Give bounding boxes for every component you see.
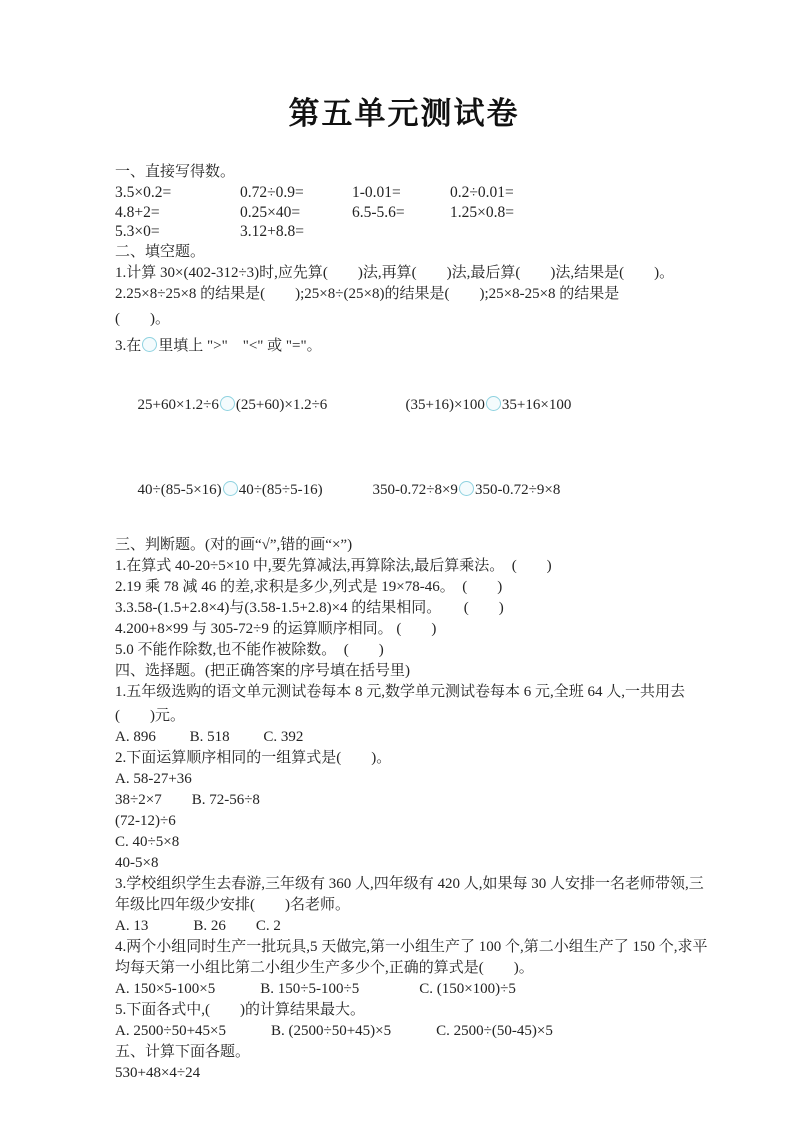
choice-q1-options: A. 896 B. 518 C. 392 [115, 727, 693, 748]
fill-blank-q1: 1.计算 30×(402-312÷3)时,应先算( )法,再算( )法,最后算(… [115, 263, 693, 284]
calc-problem: 0.72÷0.9= [240, 183, 352, 203]
compare-circle [223, 481, 238, 496]
choice-q2: 2.下面运算顺序相同的一组算式是( )。 [115, 748, 693, 769]
choice-q1-line2: ( )元。 [115, 706, 693, 727]
calc-problem: 5.3×0= [115, 222, 240, 242]
choice-q2-option-line: (72-12)÷6 [115, 811, 693, 832]
calc-problem: 3.12+8.8= [240, 222, 352, 242]
section-3-heading: 三、判断题。(对的画“√”,错的画“×”) [115, 535, 693, 556]
choice-q5-options: A. 2500÷50+45×5 B. (2500÷50+45)×5 C. 250… [115, 1021, 693, 1042]
judge-item: 4.200+8×99 与 305-72÷9 的运算顺序相同。 ( ) [115, 619, 693, 640]
compare-row: 25+60×1.2÷6(25+60)×1.2÷6(35+16)×10035+16… [115, 374, 693, 437]
fill-blank-q2-line2: ( )。 [115, 309, 693, 330]
fill-blank-q2-line1: 2.25×8÷25×8 的结果是( );25×8÷(25×8)的结果是( );2… [115, 284, 693, 305]
calc-expression: 530+48×4÷24 [115, 1063, 693, 1084]
fill-blank-q3: 3.在里填上 ">" "<" 或 "="。 [115, 336, 693, 357]
compare-left-expression: 25+60×1.2÷6 [138, 397, 219, 413]
compare-circle [459, 481, 474, 496]
fill-blank-q3-suffix: 里填上 ">" "<" 或 "="。 [158, 338, 321, 354]
judge-item: 2.19 乘 78 减 46 的差,求积是多少,列式是 19×78-46。 ( … [115, 577, 693, 598]
judge-item: 3.3.58-(1.5+2.8×4)与(3.58-1.5+2.8)×4 的结果相… [115, 598, 693, 619]
compare-left-expression: 40÷(85-5×16) [138, 482, 222, 498]
section-5-heading: 五、计算下面各题。 [115, 1042, 693, 1063]
calc-problem: 3.5×0.2= [115, 183, 240, 203]
compare-left-expression: (35+16)×100 [406, 397, 485, 413]
choice-q2-option-line: C. 40÷5×8 [115, 832, 693, 853]
calc-problem [450, 222, 693, 242]
compare-right-expression: 35+16×100 [502, 397, 571, 413]
compare-pair: 40÷(85-5×16)40÷(85÷5-16) [138, 480, 373, 501]
judge-item: 1.在算式 40-20÷5×10 中,要先算减法,再算除法,最后算乘法。 ( ) [115, 556, 693, 577]
choice-q1-line1: 1.五年级选购的语文单元测试卷每本 8 元,数学单元测试卷每本 6 元,全班 6… [115, 682, 693, 703]
compare-row: 40÷(85-5×16)40÷(85÷5-16)350-0.72÷8×9350-… [115, 459, 693, 522]
compare-left-expression: 350-0.72÷8×9 [373, 482, 458, 498]
section-multiple-choice: 四、选择题。(把正确答案的序号填在括号里) 1.五年级选购的语文单元测试卷每本 … [115, 661, 693, 1042]
calc-problem: 1.25×0.8= [450, 203, 693, 223]
compare-right-expression: (25+60)×1.2÷6 [236, 397, 327, 413]
section-4-heading: 四、选择题。(把正确答案的序号填在括号里) [115, 661, 693, 682]
choice-q3-options: A. 13 B. 26 C. 2 [115, 916, 693, 937]
calc-problem: 4.8+2= [115, 203, 240, 223]
choice-q2-option-line: 40-5×8 [115, 853, 693, 874]
choice-q3-line2: 年级比四年级少安排( )名老师。 [115, 895, 693, 916]
choice-q4-line1: 4.两个小组同时生产一批玩具,5 天做完,第一小组生产了 100 个,第二小组生… [115, 937, 693, 958]
compare-circle [220, 396, 235, 411]
section-true-false: 三、判断题。(对的画“√”,错的画“×”) 1.在算式 40-20÷5×10 中… [115, 535, 693, 661]
section-fill-blanks: 二、填空题。 1.计算 30×(402-312÷3)时,应先算( )法,再算( … [115, 242, 693, 522]
calc-problem: 6.5-5.6= [352, 203, 450, 223]
fill-blank-q3-prefix: 3.在 [115, 338, 141, 354]
calc-problem: 1-0.01= [352, 183, 450, 203]
choice-q2-option-line: A. 58-27+36 [115, 769, 693, 790]
compare-pair: 350-0.72÷8×9350-0.72÷9×8 [373, 480, 561, 501]
choice-q2-option-line: 38÷2×7 B. 72-56÷8 [115, 790, 693, 811]
calc-problem: 0.25×40= [240, 203, 352, 223]
compare-circle [142, 337, 157, 352]
compare-pair: (35+16)×10035+16×100 [406, 395, 572, 416]
section-oral-calculation: 一、直接写得数。 3.5×0.2= 0.72÷0.9= 1-0.01= 0.2÷… [115, 162, 693, 242]
compare-right-expression: 40÷(85÷5-16) [239, 482, 323, 498]
choice-q4-line2: 均每天第一小组比第二小组少生产多少个,正确的算式是( )。 [115, 958, 693, 979]
section-1-heading: 一、直接写得数。 [115, 162, 693, 183]
compare-right-expression: 350-0.72÷9×8 [475, 482, 560, 498]
compare-pair: 25+60×1.2÷6(25+60)×1.2÷6 [138, 395, 406, 416]
calc-problem [352, 222, 450, 242]
page-title: 第五单元测试卷 [115, 92, 693, 136]
oral-calc-grid: 3.5×0.2= 0.72÷0.9= 1-0.01= 0.2÷0.01= 4.8… [115, 183, 693, 242]
calc-problem: 0.2÷0.01= [450, 183, 693, 203]
compare-circle [486, 396, 501, 411]
section-2-heading: 二、填空题。 [115, 242, 693, 263]
choice-q5: 5.下面各式中,( )的计算结果最大。 [115, 1000, 693, 1021]
choice-q4-options: A. 150×5-100×5 B. 150÷5-100÷5 C. (150×10… [115, 979, 693, 1000]
test-paper-page: 第五单元测试卷 一、直接写得数。 3.5×0.2= 0.72÷0.9= 1-0.… [0, 0, 793, 1122]
section-calculate: 五、计算下面各题。 530+48×4÷24 [115, 1042, 693, 1084]
choice-q3-line1: 3.学校组织学生去春游,三年级有 360 人,四年级有 420 人,如果每 30… [115, 874, 693, 895]
judge-item: 5.0 不能作除数,也不能作被除数。 ( ) [115, 640, 693, 661]
